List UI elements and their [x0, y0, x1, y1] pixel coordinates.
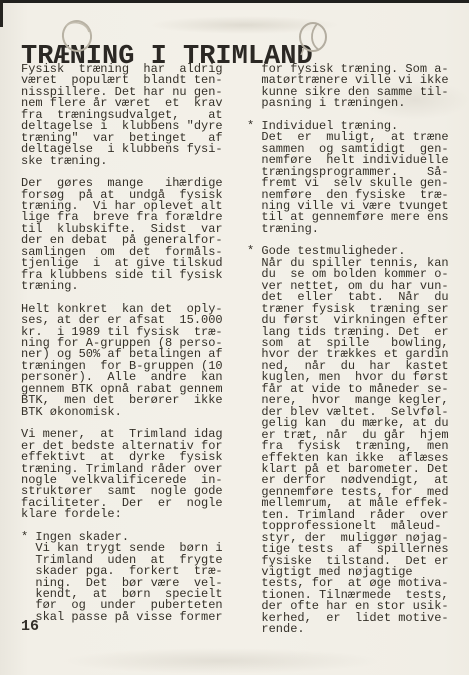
paragraph: Vi mener, at Trimland idag er det bedste…	[21, 429, 233, 521]
bullet-item: * Gode testmuligheder. Når du spiller te…	[247, 246, 459, 635]
bullet-item: * Individuel træning. Det er muligt, at …	[247, 121, 459, 236]
scanned-document-page: TRÆNING I TRIMLAND Fysisk træning har al…	[0, 0, 469, 675]
scan-left-border	[0, 0, 3, 27]
paragraph: for fysisk træning. Som a- matørtrænere …	[247, 64, 459, 110]
left-text-column: Fysisk træning har aldrig været populært…	[21, 64, 233, 634]
scan-smudge	[150, 16, 340, 34]
bullet-item: * Ingen skader. Vi kan trygt sende børn …	[21, 532, 233, 624]
paragraph: Fysisk træning har aldrig været populært…	[21, 64, 233, 167]
scan-top-border	[0, 0, 469, 3]
paragraph: Der gøres mange ihærdige forsøg på at un…	[21, 178, 233, 293]
paragraph: Helt konkret kan det oply- ses, at der e…	[21, 304, 233, 419]
page-number: 16	[21, 618, 39, 635]
right-text-column: for fysisk træning. Som a- matørtrænere …	[247, 64, 459, 647]
scan-smudge	[60, 648, 380, 674]
